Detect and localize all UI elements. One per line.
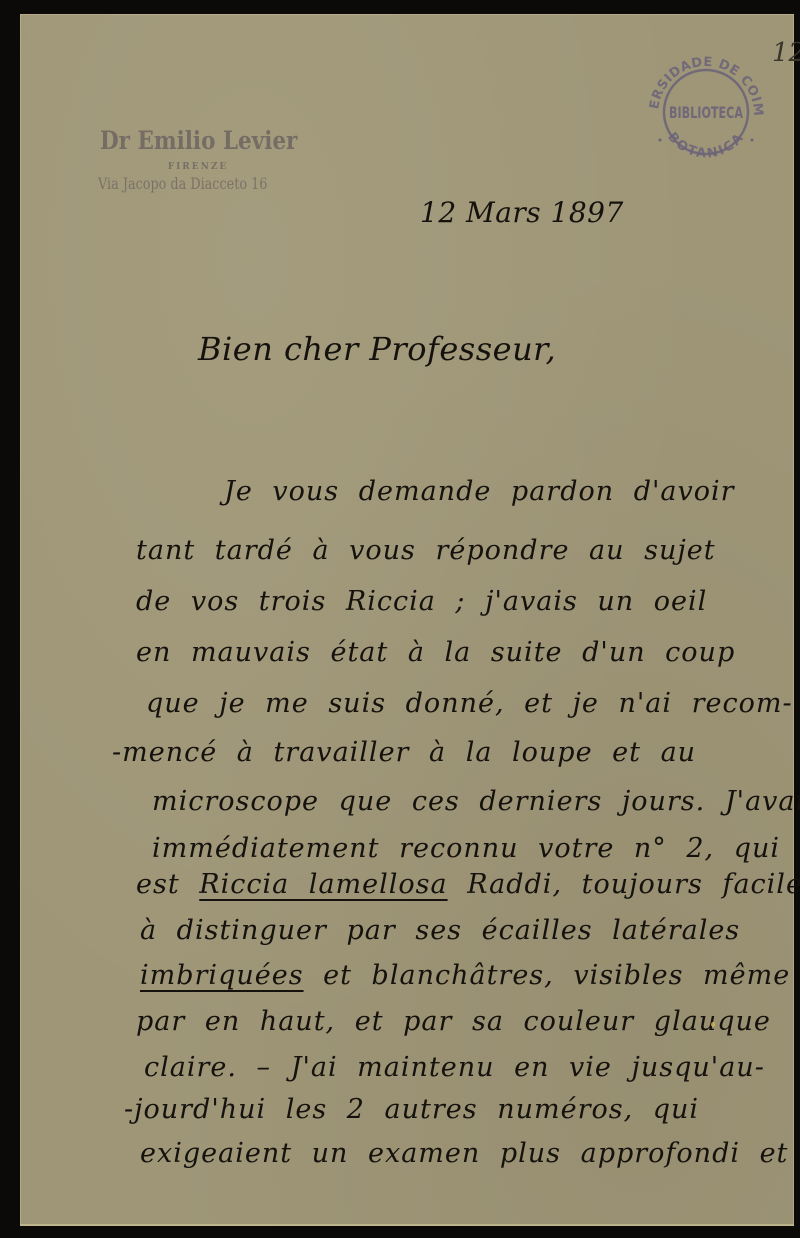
library-stamp-icon: UNIVERSIDADE DE COIMBRA BIBLIOTECA BOTAN… (640, 42, 770, 172)
body-line: de vos trois Riccia ; j'avais un oeil (136, 586, 707, 617)
body-line-with-taxon: est Riccia lamellosa Raddi, toujours fac… (136, 869, 800, 900)
letter-page: Dr Emilio Levier FIRENZE Via Jacopo da D… (20, 14, 794, 1226)
folio-number: 12 (772, 38, 800, 68)
salutation: Bien cher Professeur, (198, 330, 556, 368)
stamp-center-text: BIBLIOTECA (669, 103, 743, 122)
body-text: et blanchâtres, visibles même (304, 960, 791, 991)
letterhead-stamp: Dr Emilio Levier FIRENZE Via Jacopo da D… (98, 126, 298, 193)
circular-stamp-icon: UNIVERSIDADE DE COIMBRA BIBLIOTECA BOTAN… (640, 42, 770, 172)
emphasized-word: imbriquées (140, 960, 304, 991)
letterhead-address: Via Jacopo da Diacceto 16 (98, 174, 258, 193)
svg-text:BOTANICA: BOTANICA (664, 130, 747, 162)
body-line: exigeaient un examen plus approfondi et … (140, 1138, 800, 1169)
paper-stain (711, 1022, 715, 1027)
body-line: claire. – J'ai maintenu en vie jusqu'au- (144, 1052, 765, 1083)
stamp-bottom-text: BOTANICA (664, 130, 747, 162)
taxon-name: Riccia lamellosa (199, 869, 447, 900)
body-line: que je me suis donné, et je n'ai recom- (146, 688, 793, 719)
body-line: immédiatement reconnu votre n° 2, qui (152, 833, 780, 864)
letter-date: 12 Mars 1897 (420, 196, 624, 229)
letterhead-name: Dr Emilio Levier (100, 126, 270, 155)
body-line: -mencé à travailler à la loupe et au (112, 737, 696, 768)
body-line: -jourd'hui les 2 autres numéros, qui (124, 1094, 699, 1125)
body-text: Raddi, toujours facile (448, 869, 800, 900)
body-line: microscope que ces derniers jours. J'ava… (152, 786, 800, 817)
body-line-with-emphasis: imbriquées et blanchâtres, visibles même (140, 960, 790, 991)
body-text: est (136, 869, 199, 900)
body-line: à distinguer par ses écailles latérales (140, 915, 740, 946)
body-line: par en haut, et par sa couleur glauque (136, 1006, 771, 1037)
letterhead-city: FIRENZE (98, 162, 298, 172)
body-line: en mauvais état à la suite d'un coup (136, 637, 735, 668)
body-line: Je vous demande pardon d'avoir (224, 476, 735, 507)
page-edge (20, 1224, 794, 1226)
body-line: tant tardé à vous répondre au sujet (136, 535, 716, 566)
